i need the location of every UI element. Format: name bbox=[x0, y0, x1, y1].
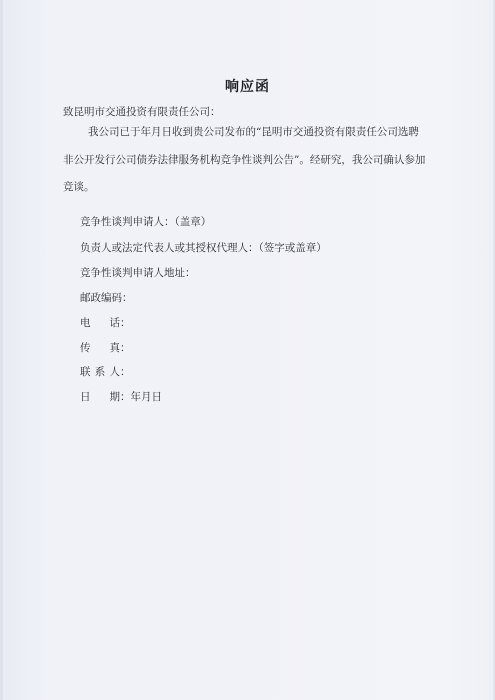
body-line-3: 竞谈。 bbox=[63, 179, 95, 194]
field-applicant: 竞争性谈判申请人：（盖章） bbox=[80, 214, 211, 229]
field-postcode-label: 邮政编码： bbox=[80, 292, 133, 304]
scan-edge-left bbox=[0, 0, 3, 700]
field-postcode: 邮政编码： bbox=[80, 290, 133, 305]
field-phone-label: 电话 bbox=[80, 315, 120, 330]
document-page: 响应函 致昆明市交通投资有限责任公司： 我公司已于年月日收到贵公司发布的“昆明市… bbox=[0, 0, 495, 700]
field-address: 竞争性谈判申请人地址： bbox=[80, 265, 196, 280]
field-fax-label: 传真 bbox=[80, 340, 120, 355]
field-date-value: 年月日 bbox=[131, 391, 163, 403]
field-fax: 传真 ： bbox=[80, 340, 131, 355]
document-title: 响应函 bbox=[0, 76, 495, 96]
field-phone: 电话 ： bbox=[80, 315, 131, 330]
addressee: 致昆明市交通投资有限责任公司： bbox=[63, 104, 221, 119]
field-representative: 负责人或法定代表人或其授权代理人：（签字或盖章） bbox=[80, 240, 327, 255]
field-date-label: 日期 bbox=[80, 389, 120, 404]
field-contact-label: 联系人 bbox=[80, 364, 120, 379]
field-applicant-label: 竞争性谈判申请人： bbox=[80, 216, 175, 228]
field-date: 日期 ：年月日 bbox=[80, 389, 162, 404]
body-line-2: 非公开发行公司债券法律服务机构竞争性谈判公告”。经研究，我公司确认参加 bbox=[63, 152, 425, 167]
body-line-1: 我公司已于年月日收到贵公司发布的“昆明市交通投资有限责任公司选聘 bbox=[88, 124, 419, 139]
field-representative-label: 负责人或法定代表人或其授权代理人： bbox=[80, 242, 259, 254]
field-applicant-value: （盖章） bbox=[175, 216, 212, 228]
field-contact: 联系人 ： bbox=[80, 364, 131, 379]
field-representative-value: （签字或盖章） bbox=[259, 242, 327, 254]
field-address-label: 竞争性谈判申请人地址： bbox=[80, 267, 196, 279]
